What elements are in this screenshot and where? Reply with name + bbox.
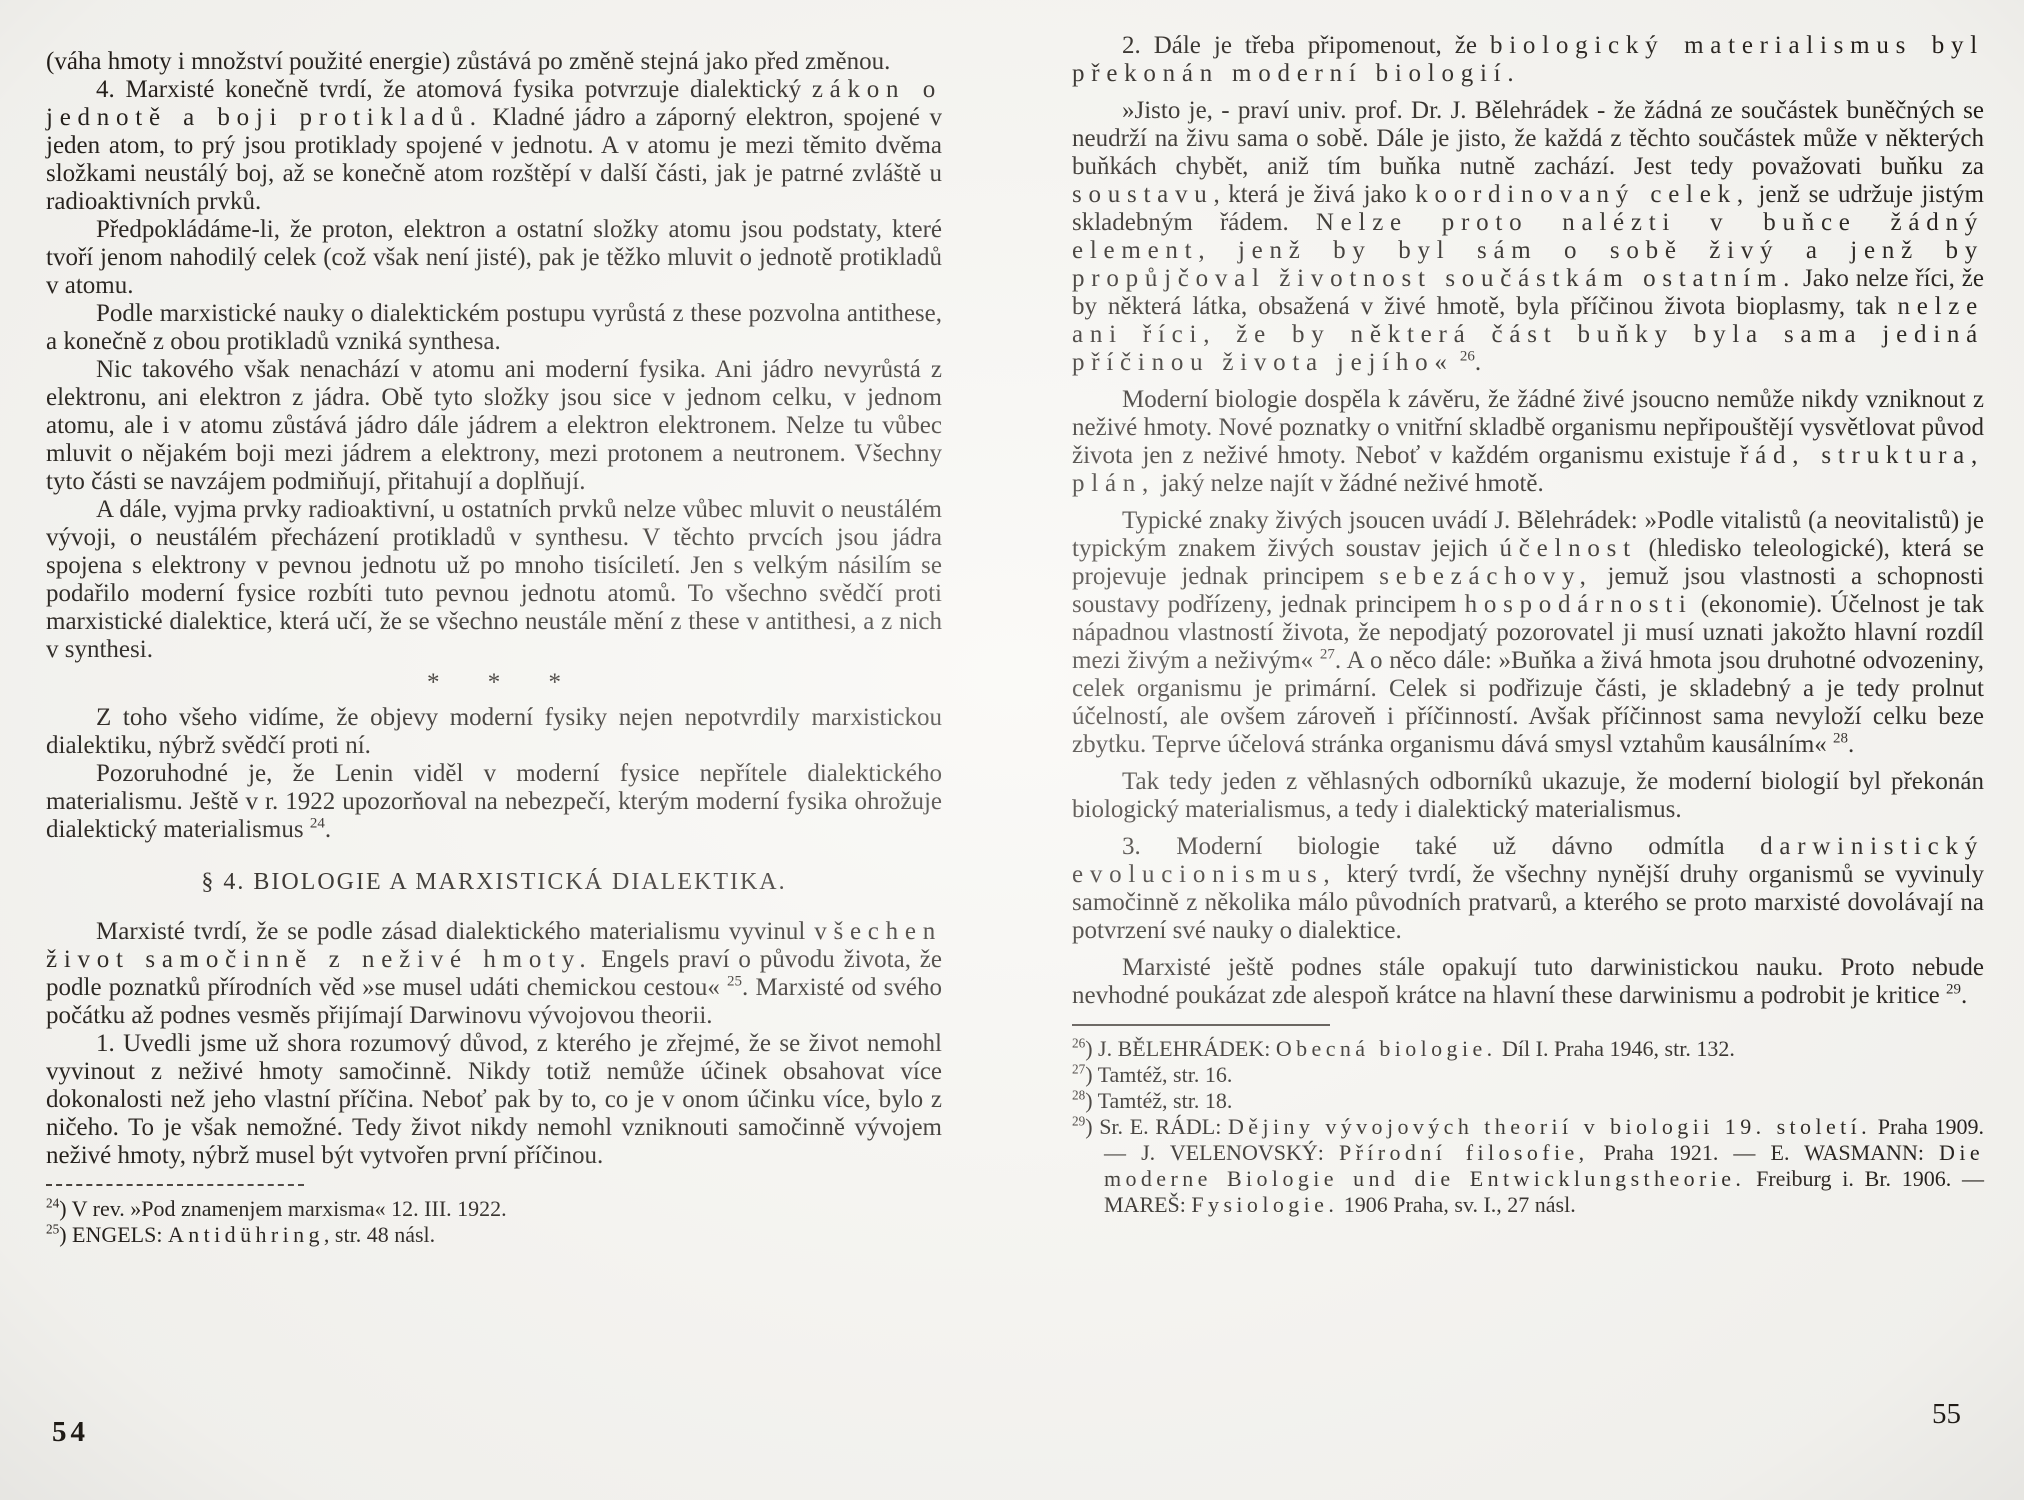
text-run: Pozoruhodné je, že Lenin viděl v moderní… [46,760,942,843]
text-run: Předpokládáme-li, že proton, elektron a … [46,216,942,299]
footnote-marker: 25 [727,974,742,990]
footnote: 25) ENGELS: Antidühring, str. 48 násl. [46,1222,942,1248]
footnote-marker: 27 [1072,1062,1085,1077]
text-run: Díl I. Praha 1946, str. 132. [1497,1036,1735,1061]
emphasized-text: Fysiologie. [1191,1192,1338,1217]
text-run: Z toho všeho vidíme, že objevy moderní f… [46,704,942,759]
emphasized-text: Obecná biologie. [1276,1036,1497,1061]
text-run: Tamtéž, str. 16. [1098,1062,1233,1087]
paragraph: 2. Dále je třeba připomenout, že biologi… [1072,32,1984,88]
footnote-marker: 29 [1946,982,1961,998]
emphasized-text: soustavu [1072,181,1214,208]
page-number-left: 54 [52,1416,89,1449]
footnote: 28) Tamtéž, str. 18. [1072,1088,1984,1114]
emphasized-text: koordinovaný celek, [1415,181,1750,208]
footnote-marker: 26 [1460,349,1475,365]
footnote-marker: 29 [1072,1114,1085,1129]
footnote-marker: 28 [1833,731,1848,747]
asterism-separator: * * * [46,669,942,697]
text-run: J. BĚLEHRÁDEK: [1098,1036,1276,1061]
text-run: Tak tedy jeden z věhlasných odborníků uk… [1072,768,1984,823]
text-run: , která je živá jako [1214,181,1416,208]
footnote-marker: 25 [46,1222,59,1237]
text-run: ENGELS: [72,1222,168,1247]
text-run: 2. Dále je třeba připomenout, že [1122,32,1490,59]
text-run: Tamtéž, str. 18. [1098,1088,1233,1113]
paragraph: Z toho všeho vidíme, že objevy moderní f… [46,704,942,760]
footnote-marker: 27 [1320,647,1335,663]
text-run: , str. 48 násl. [324,1222,435,1247]
page-left: (váha hmoty i množství použité energie) … [46,48,942,1248]
text-run: (váha hmoty i množství použité energie) … [46,48,890,75]
text-run: Praha 1921. — E. WASMANN: [1589,1140,1939,1165]
footnote-marker: 28 [1072,1088,1085,1103]
text-run: Podle marxistické nauky o dialektickém p… [46,300,942,355]
text-run: A dále, vyjma prvky radioaktivní, u osta… [46,496,942,663]
text-run: »Jisto je, - praví univ. prof. Dr. J. Bě… [1072,97,1984,180]
footnote-marker: 26 [1072,1036,1085,1051]
text-run: Marxisté ještě podnes stále opakují tuto… [1072,954,1984,1009]
text-run: . [1475,349,1481,376]
paragraph: Podle marxistické nauky o dialektickém p… [46,300,942,356]
paragraph: (váha hmoty i množství použité energie) … [46,48,942,76]
emphasized-text: Antidühring [168,1222,324,1247]
emphasized-text: účelnost [1500,535,1637,562]
text-run: jaký nelze najít v žádné neživé hmotě. [1155,470,1544,497]
footnote: 24) V rev. »Pod znamenjem marxisma« 12. … [46,1196,942,1222]
paragraph: Typické znaky živých jsoucen uvádí J. Bě… [1072,507,1984,759]
page-left-body: (váha hmoty i množství použité energie) … [46,48,942,1170]
paragraph: Marxisté tvrdí, že se podle zásad dialek… [46,918,942,1030]
page-number-right: 55 [1932,1398,1961,1431]
emphasized-text: sebezáchovy, [1379,563,1592,590]
text-run: Nic takového však nenachází v atomu ani … [46,356,942,495]
text-run: V rev. »Pod znamenjem marxisma« 12. III.… [72,1196,507,1221]
text-run: Marxisté tvrdí, že se podle zásad dialek… [96,918,814,945]
book-scan: { "colors": { "paper": "#f8f7f3", "ink":… [0,0,2024,1500]
text-run: 3. Moderní biologie také už dávno odmítl… [1122,833,1760,860]
paragraph: Tak tedy jeden z věhlasných odborníků uk… [1072,768,1984,824]
footnote: 26) J. BĚLEHRÁDEK: Obecná biologie. Díl … [1072,1036,1984,1062]
page-left-footnotes: 24) V rev. »Pod znamenjem marxisma« 12. … [46,1196,942,1248]
paragraph: »Jisto je, - praví univ. prof. Dr. J. Bě… [1072,97,1984,377]
footnote-rule [1072,1024,1330,1026]
footnote: 29) Sr. E. RÁDL: Dějiny vývojových theor… [1072,1114,1984,1218]
paragraph: Pozoruhodné je, že Lenin viděl v moderní… [46,760,942,844]
paragraph: 1. Uvedli jsme už shora rozumový důvod, … [46,1030,942,1170]
page-right-body: 2. Dále je třeba připomenout, že biologi… [1072,32,1984,1010]
paragraph: Nic takového však nenachází v atomu ani … [46,356,942,496]
page-right: 2. Dále je třeba připomenout, že biologi… [1072,32,1984,1218]
text-run: . [1848,731,1854,758]
section-heading: § 4. BIOLOGIE A MARXISTICKÁ DIALEKTIKA. [46,868,942,896]
paragraph: Předpokládáme-li, že proton, elektron a … [46,216,942,300]
emphasized-text: Přírodní filosofie, [1339,1140,1589,1165]
paragraph: Moderní biologie dospěla k závěru, že žá… [1072,386,1984,498]
text-run: 1906 Praha, sv. I., 27 násl. [1338,1192,1576,1217]
paragraph: 4. Marxisté konečně tvrdí, že atomová fy… [46,76,942,216]
footnote-rule [46,1184,304,1186]
text-run: . [325,816,331,843]
text-run: 1. Uvedli jsme už shora rozumový důvod, … [46,1030,942,1169]
text-run: 4. Marxisté konečně tvrdí, že atomová fy… [96,76,812,103]
text-run: . [1961,982,1967,1009]
paragraph: A dále, vyjma prvky radioaktivní, u osta… [46,496,942,664]
emphasized-text: Dějiny vývojových theorií v biologii 19.… [1228,1114,1871,1139]
paragraph: 3. Moderní biologie také už dávno odmítl… [1072,833,1984,945]
footnote: 27) Tamtéž, str. 16. [1072,1062,1984,1088]
footnote-marker: 24 [310,816,325,832]
page-right-footnotes: 26) J. BĚLEHRÁDEK: Obecná biologie. Díl … [1072,1036,1984,1218]
emphasized-text: hospodárnosti [1465,591,1693,618]
paragraph: Marxisté ještě podnes stále opakují tuto… [1072,954,1984,1010]
footnote-marker: 24 [46,1196,59,1211]
text-run: Sr. E. RÁDL: [1099,1114,1228,1139]
